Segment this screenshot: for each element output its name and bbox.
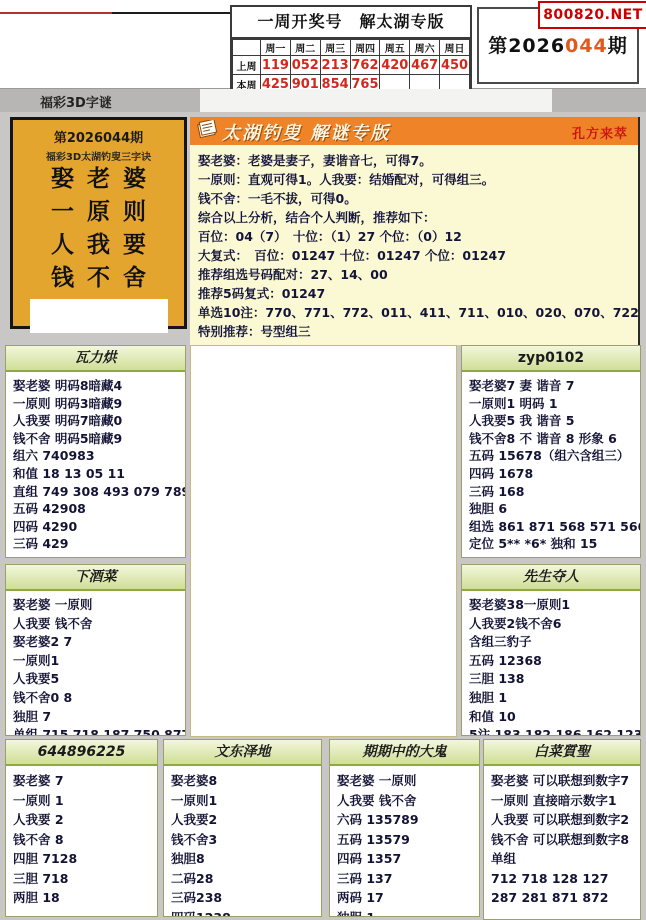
main-panel-header: 太湖钓叟 解谜专版 孔方来萃 bbox=[190, 117, 638, 145]
page: 一周开奖号 解太湖专版 周一周二周三周四周五周六周日 上周 1190522137… bbox=[0, 0, 646, 920]
draw-number: 467 bbox=[410, 56, 440, 75]
weekly-title: 一周开奖号 解太湖专版 bbox=[232, 7, 470, 39]
prediction-line: 二码28 bbox=[171, 869, 314, 889]
riddle-line: 人我要 bbox=[13, 229, 184, 262]
prediction-line: 独胆 7 bbox=[13, 708, 178, 727]
section-title: 文东泽地 bbox=[164, 740, 321, 766]
tab-bar: 福彩3D字谜 bbox=[0, 89, 646, 112]
draw-number: 762 bbox=[350, 56, 380, 75]
analysis-line: 特别推荐：号型组三 bbox=[198, 322, 630, 341]
prediction-line: 独胆 1 bbox=[337, 908, 472, 918]
riddle-panel: 第2026044期 福彩3D太湖钓叟三字诀 娶老婆一原则人我要钱不舍 bbox=[10, 117, 187, 329]
weekly-results-table: 一周开奖号 解太湖专版 周一周二周三周四周五周六周日 上周 1190522137… bbox=[230, 5, 472, 96]
riddle-lines: 娶老婆一原则人我要钱不舍 bbox=[13, 163, 184, 295]
prediction-line: 六码 135789 bbox=[337, 810, 472, 830]
analysis-text: 娶老婆：老婆是妻子，妻谐音七，可得7。一原则：直观可得1。人我要：结婚配对，可得… bbox=[190, 145, 638, 341]
prediction-line: 独胆 1 bbox=[469, 689, 633, 708]
prediction-line: 五码 15678（组六含组三） bbox=[469, 447, 633, 465]
section-bottom-1: 644896225 娶老婆 7一原则 1人我要 2钱不舍 8四胆 7128三胆 … bbox=[5, 739, 158, 917]
prediction-line: 一原则1 bbox=[13, 652, 178, 671]
day-header: 周一 bbox=[261, 40, 291, 56]
riddle-issue: 第2026044期 bbox=[13, 127, 184, 146]
riddle-line: 钱不舍 bbox=[13, 262, 184, 295]
site-link[interactable]: 800820.NET bbox=[538, 1, 646, 29]
corner-cell bbox=[233, 40, 261, 56]
prediction-line: 人我要 可以联想到数字2 bbox=[491, 810, 633, 830]
section-left-top: 瓦力烘 娶老婆 明码8暗藏4一原则 明码3暗藏9人我要 明码7暗藏0钱不舍 明码… bbox=[5, 345, 186, 558]
top-divider-red bbox=[0, 12, 112, 14]
section-body: 娶老婆 一原则人我要 钱不舍六码 135789五码 13579四码 1357三码… bbox=[330, 766, 479, 917]
prediction-line: 四码 4290 bbox=[13, 518, 178, 536]
section-body: 娶老婆 明码8暗藏4一原则 明码3暗藏9人我要 明码7暗藏0钱不舍 明码5暗藏9… bbox=[6, 372, 185, 553]
day-header: 周二 bbox=[290, 40, 320, 56]
prediction-line: 娶老婆 7 bbox=[13, 771, 150, 791]
day-header: 周五 bbox=[380, 40, 410, 56]
prediction-line: 一原则 明码3暗藏9 bbox=[13, 395, 178, 413]
prediction-line: 组选 861 871 568 571 566 bbox=[469, 518, 633, 536]
section-title: 下酒菜 bbox=[6, 565, 185, 591]
prediction-line: 712 718 128 127 bbox=[491, 869, 633, 889]
prediction-line: 三胆 138 bbox=[469, 670, 633, 689]
issue-number: 044 bbox=[565, 35, 608, 57]
prediction-line: 两胆 18 bbox=[13, 888, 150, 908]
section-body: 娶老婆7 妻 谐音 7一原则1 明码 1人我要5 我 谐音 5钱不舍8 不 谐音… bbox=[462, 372, 640, 553]
tab-bar-inset bbox=[200, 89, 552, 112]
section-title: 644896225 bbox=[6, 740, 157, 766]
prediction-line: 一原则1 明码 1 bbox=[469, 395, 633, 413]
empty-content-box bbox=[190, 345, 457, 737]
prediction-line: 钱不舍3 bbox=[171, 830, 314, 850]
prediction-line: 独胆8 bbox=[171, 849, 314, 869]
weekday-header-row: 周一周二周三周四周五周六周日 bbox=[233, 40, 470, 56]
prediction-line: 一原则 1 bbox=[13, 791, 150, 811]
analysis-line: 大复式： 百位：01247 十位：01247 个位：01247 bbox=[198, 246, 630, 265]
prediction-line: 5注 183 182 186 162 123 bbox=[469, 726, 633, 736]
prediction-line: 一原则1 bbox=[171, 791, 314, 811]
prediction-line: 人我要2钱不舍6 bbox=[469, 615, 633, 634]
prediction-line: 娶老婆8 bbox=[171, 771, 314, 791]
analysis-line: 钱不舍：一毛不拔，可得0。 bbox=[198, 189, 630, 208]
section-title: 期期中的大鬼 bbox=[330, 740, 479, 766]
section-title: 白菜質聖 bbox=[484, 740, 640, 766]
prediction-line: 三胆 718 bbox=[13, 869, 150, 889]
analysis-line: 百位：04（7） 十位：（1）27 个位：（0）12 bbox=[198, 227, 630, 246]
day-header: 周六 bbox=[410, 40, 440, 56]
day-header: 周四 bbox=[350, 40, 380, 56]
draw-number: 450 bbox=[440, 56, 470, 75]
prediction-line: 娶老婆 可以联想到数字7 bbox=[491, 771, 633, 791]
analysis-line: 综合以上分析，结合个人判断，推荐如下： bbox=[198, 208, 630, 227]
main-panel-subtitle: 孔方来萃 bbox=[572, 123, 628, 142]
issue-suffix: 期 bbox=[608, 35, 628, 57]
draw-number: 119 bbox=[261, 56, 291, 75]
prediction-line: 人我要5 我 谐音 5 bbox=[469, 412, 633, 430]
prediction-line: 人我要5 bbox=[13, 670, 178, 689]
prediction-line: 人我要 钱不舍 bbox=[13, 615, 178, 634]
analysis-line: 单选10注：770、771、772、011、411、711、010、020、07… bbox=[198, 303, 630, 322]
prediction-line: 组六 740983 bbox=[13, 447, 178, 465]
section-title: zyp0102 bbox=[462, 346, 640, 372]
prediction-line: 娶老婆 明码8暗藏4 bbox=[13, 377, 178, 395]
section-bottom-4: 白菜質聖 娶老婆 可以联想到数字7一原则 直接暗示数字1人我要 可以联想到数字2… bbox=[483, 739, 641, 920]
prediction-line: 独胆 6 bbox=[469, 500, 633, 518]
prediction-line: 五码 13579 bbox=[337, 830, 472, 850]
riddle-subtitle: 福彩3D太湖钓叟三字诀 bbox=[13, 148, 184, 162]
prediction-line: 人我要 2 bbox=[13, 810, 150, 830]
section-body: 娶老婆 可以联想到数字7一原则 直接暗示数字1人我要 可以联想到数字2钱不舍 可… bbox=[484, 766, 640, 908]
riddle-line: 娶老婆 bbox=[13, 163, 184, 196]
section-right-bottom: 先生夺人 娶老婆38一原则1人我要2钱不舍6含组三豹子五码 12368三胆 13… bbox=[461, 564, 641, 736]
prediction-line: 287 281 871 872 bbox=[491, 888, 633, 908]
section-left-bottom: 下酒菜 娶老婆 一原则人我要 钱不舍娶老婆2 7一原则1人我要5钱不舍0 8独胆… bbox=[5, 564, 186, 736]
prediction-line: 钱不舍8 不 谐音 8 形象 6 bbox=[469, 430, 633, 448]
top-strip: 一周开奖号 解太湖专版 周一周二周三周四周五周六周日 上周 1190522137… bbox=[0, 0, 646, 89]
prediction-line: 娶老婆38一原则1 bbox=[469, 596, 633, 615]
prediction-line: 五码 42908 bbox=[13, 500, 178, 518]
row-label: 上周 bbox=[233, 56, 261, 75]
prediction-line: 四码 1357 bbox=[337, 849, 472, 869]
prediction-line: 三码 168 bbox=[469, 483, 633, 501]
prediction-line: 单组 bbox=[491, 849, 633, 869]
main-panel: 太湖钓叟 解谜专版 孔方来萃 娶老婆：老婆是妻子，妻谐音七，可得7。一原则：直观… bbox=[190, 117, 640, 345]
section-right-top: zyp0102 娶老婆7 妻 谐音 7一原则1 明码 1人我要5 我 谐音 5钱… bbox=[461, 345, 641, 558]
prediction-line: 人我要2 bbox=[171, 810, 314, 830]
section-title: 先生夺人 bbox=[462, 565, 640, 591]
blank-box bbox=[30, 299, 168, 333]
draw-number: 420 bbox=[380, 56, 410, 75]
prediction-line: 单组 715 718 187 750 877 bbox=[13, 726, 178, 736]
section-body: 娶老婆 7一原则 1人我要 2钱不舍 8四胆 7128三胆 718两胆 18 bbox=[6, 766, 157, 908]
prediction-line: 直组 749 308 493 079 789 430 bbox=[13, 483, 178, 501]
prediction-line: 和值 18 13 05 11 bbox=[13, 465, 178, 483]
prediction-line: 钱不舍0 8 bbox=[13, 689, 178, 708]
prediction-line: 娶老婆 一原则 bbox=[337, 771, 472, 791]
prediction-line: 五码 12368 bbox=[469, 652, 633, 671]
draw-number: 213 bbox=[320, 56, 350, 75]
draw-number: 052 bbox=[290, 56, 320, 75]
section-body: 娶老婆 一原则人我要 钱不舍娶老婆2 7一原则1人我要5钱不舍0 8独胆 7单组… bbox=[6, 591, 185, 736]
section-body: 娶老婆38一原则1人我要2钱不舍6含组三豹子五码 12368三胆 138独胆 1… bbox=[462, 591, 640, 736]
section-bottom-2: 文东泽地 娶老婆8一原则1人我要2钱不舍3独胆8二码28三码238四码1238 bbox=[163, 739, 322, 917]
prediction-line: 定位 5** *6* 独和 15 bbox=[469, 535, 633, 553]
prediction-line: 四码 1678 bbox=[469, 465, 633, 483]
riddle-line: 一原则 bbox=[13, 196, 184, 229]
prediction-line: 四码1238 bbox=[171, 908, 314, 918]
prediction-line: 一原则 直接暗示数字1 bbox=[491, 791, 633, 811]
prediction-line: 四胆 7128 bbox=[13, 849, 150, 869]
prediction-line: 娶老婆2 7 bbox=[13, 633, 178, 652]
prediction-line: 娶老婆7 妻 谐音 7 bbox=[469, 377, 633, 395]
prediction-line: 娶老婆 一原则 bbox=[13, 596, 178, 615]
prediction-line: 和值 10 bbox=[469, 708, 633, 727]
analysis-line: 娶老婆：老婆是妻子，妻谐音七，可得7。 bbox=[198, 151, 630, 170]
prediction-line: 三码 137 bbox=[337, 869, 472, 889]
section-title: 瓦力烘 bbox=[6, 346, 185, 372]
last-week-row: 上周 119052213762420467450 bbox=[233, 56, 470, 75]
section-body: 娶老婆8一原则1人我要2钱不舍3独胆8二码28三码238四码1238 bbox=[164, 766, 321, 917]
prediction-line: 人我要 明码7暗藏0 bbox=[13, 412, 178, 430]
prediction-line: 钱不舍 明码5暗藏9 bbox=[13, 430, 178, 448]
analysis-line: 推荐组选号码配对：27、14、00 bbox=[198, 265, 630, 284]
analysis-line: 一原则：直观可得1。人我要：结婚配对，可得组三。 bbox=[198, 170, 630, 189]
prediction-line: 人我要 钱不舍 bbox=[337, 791, 472, 811]
prediction-line: 两码 17 bbox=[337, 888, 472, 908]
section-bottom-3: 期期中的大鬼 娶老婆 一原则人我要 钱不舍六码 135789五码 13579四码… bbox=[329, 739, 480, 917]
paper-icon bbox=[196, 120, 218, 144]
prediction-line: 三码238 bbox=[171, 888, 314, 908]
top-divider-black bbox=[112, 12, 230, 14]
prediction-line: 三码 429 bbox=[13, 535, 178, 553]
tab-label: 福彩3D字谜 bbox=[40, 92, 112, 111]
issue-prefix: 第2026 bbox=[488, 35, 565, 57]
prediction-line: 钱不舍 可以联想到数字8 bbox=[491, 830, 633, 850]
prediction-line: 含组三豹子 bbox=[469, 633, 633, 652]
day-header: 周三 bbox=[320, 40, 350, 56]
analysis-line: 推荐5码复式：01247 bbox=[198, 284, 630, 303]
day-header: 周日 bbox=[440, 40, 470, 56]
prediction-line: 钱不舍 8 bbox=[13, 830, 150, 850]
main-panel-title: 太湖钓叟 解谜专版 bbox=[222, 119, 390, 145]
